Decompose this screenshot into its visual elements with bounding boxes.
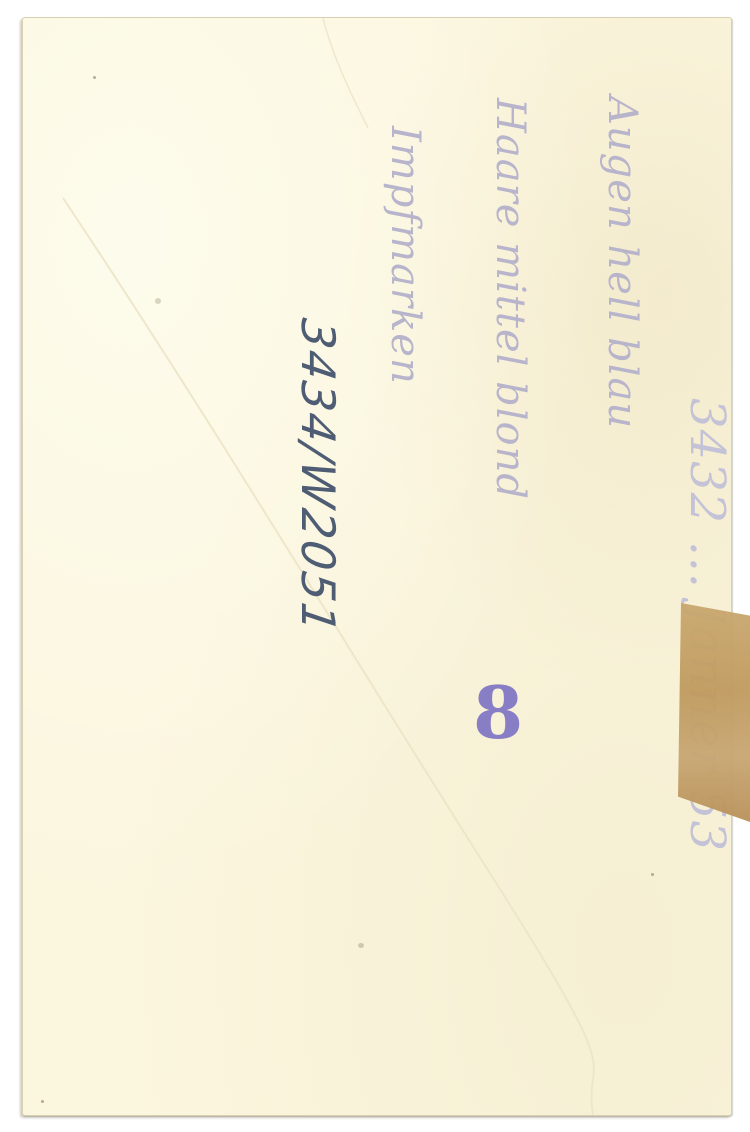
card-back: 3434/W2051 Augen hell blau Haare mittel … xyxy=(22,17,732,1116)
paper-speck xyxy=(41,1100,44,1103)
violet-stamp: 8 xyxy=(463,673,533,753)
scan-background: 3434/W2051 Augen hell blau Haare mittel … xyxy=(0,0,750,1132)
ink-inscription: 3434/W2051 xyxy=(291,315,345,638)
tape-strip xyxy=(678,603,750,823)
paper-speck xyxy=(155,298,161,304)
paper-speck xyxy=(358,943,364,948)
pencil-note-line-1: Augen hell blau xyxy=(599,96,645,429)
pencil-note-line-2: Haare mittel blond xyxy=(487,98,533,500)
paper-speck xyxy=(651,873,654,876)
pencil-note-line-3: Impfmarken xyxy=(382,126,428,385)
paper-speck xyxy=(93,76,96,79)
